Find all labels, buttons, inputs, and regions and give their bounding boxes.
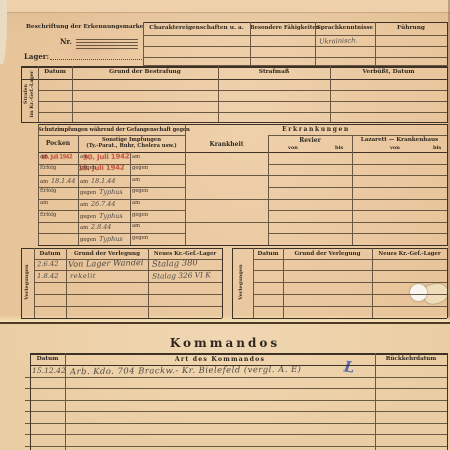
verlegungen-left-col-neues: Neues Kr.-Gef.-Lager [148,251,222,257]
rule-line [143,46,448,47]
impf-prefix: gegen [132,212,148,218]
impf-value: Typhus [99,188,122,196]
impf-prefix: gegen [80,165,96,171]
col-krankheit: Krankheit [185,141,268,148]
rule-line [185,222,268,223]
lazarett-bis-label: bis [433,145,441,151]
impf-prefix: am [80,202,88,208]
lager-line [50,52,142,60]
rule-line [76,45,138,46]
rule-line [250,22,251,65]
impf-prefix: am [80,179,88,185]
kommando-row1-datum: 15.12.42 [32,366,66,375]
impf-prefix: Erfolg [40,165,56,171]
impf-prefix: am [132,177,140,183]
rule-line [222,248,223,318]
impf-prefix: am [132,154,140,160]
impf-sonstige1-row4: gegenTyphus [80,188,129,196]
rule-line [268,164,447,165]
rule-line [38,210,185,211]
kommandos-col-rueckkehr: Rückkehrdatum [375,356,447,362]
impf-prefix: Erfolg [40,212,56,218]
rule-line [21,66,22,122]
verlegung-row2-neues: Stalag 326 VI K [152,270,211,281]
rule-line [218,66,219,122]
impfungen-header: Schutzimpfungen während der Gefangenscha… [38,127,185,133]
rule-line [38,124,448,125]
impf-prefix: am [132,223,140,229]
rule-line [34,259,222,260]
impf-sonstige2-row2: gegen [132,165,184,171]
impf-value: 18.1.44 [51,177,75,185]
rule-line [375,22,376,65]
impf-sonstige2-row3: am [132,177,184,183]
rule-line [76,42,138,43]
lazarett-von-label: von [390,145,400,151]
rule-line [232,248,447,249]
impf-value: Typhus [99,235,122,243]
impf-prefix: am [40,154,48,160]
rule-line [25,411,447,412]
impf-prefix: gegen [80,237,96,243]
col-besondere-faehigkeiten: Besondere Fähigkeiten [250,25,315,31]
rule-line [78,135,79,245]
rule-line [38,66,39,122]
impf-sonstige1-row1: am [80,154,129,160]
verlegung-row1-datum: 2.6.42 [37,260,59,269]
impf-sonstige1-row6: gegenTyphus [80,212,129,220]
rule-line [21,318,222,319]
col-charaktereigenschaften: Charaktereigenschaften u. a. [143,25,250,31]
impf-pocken-row1: am [40,154,77,160]
rule-line [447,124,448,245]
rule-line [76,39,138,40]
rule-line [130,152,131,245]
rule-line [38,245,448,246]
rule-line [185,199,268,200]
erkrankungen-header: Erkrankungen [185,126,447,133]
rule-line [253,248,254,318]
strafen-side-label-line2: im Kr.-Gef.-Lager [29,69,35,119]
rule-line [143,57,448,58]
rule-line [268,222,447,223]
rule-line [283,248,284,318]
rule-line [352,135,353,245]
rule-line [268,233,447,234]
rule-line [143,22,144,65]
kommandos-title: Kommandos [0,336,450,350]
rule-line [38,175,185,176]
top-card-edge [0,0,450,13]
rule-line [268,175,447,176]
rule-line [185,175,268,176]
rule-line [38,164,185,165]
rule-line [38,101,448,102]
impf-sonstige2-row7: am [132,223,184,229]
impf-prefix: am [80,154,88,160]
rule-line [76,48,138,49]
rule-line [25,446,447,447]
rule-line [268,210,447,211]
rule-line [447,66,448,122]
col-pocken: Pocken [38,140,78,147]
rule-line [72,66,73,122]
impf-pocken-row3: am18.1.44 [40,177,77,185]
impf-sonstige2-row1: am [132,154,184,160]
rule-line [447,22,448,65]
impf-prefix: am [132,200,140,206]
rule-line [66,248,67,318]
rule-line [268,199,447,200]
marke-label: Beschriftung der Erkennungsmarke [26,24,131,30]
pow-record-card: Beschriftung der Erkennungsmarke Nr. Lag… [0,0,450,450]
left-paper-edge [0,0,7,64]
impf-sonstige2-row5: am [132,200,184,206]
rule-line [34,306,222,307]
impf-sonstige1-row3: am18.1.44 [80,177,129,185]
rule-line [21,66,448,68]
impf-value: 18.1.44 [91,177,115,185]
rule-line [25,400,447,401]
verlegungen-right-col-neues: Neues Kr.-Gef.-Lager [372,251,447,257]
strafen-col-strafmass: Strafmaß [218,69,330,75]
rule-line [38,199,185,200]
sprachkenntnisse-value: Ukrainisch. [319,36,358,45]
impf-prefix: gegen [80,214,96,220]
impf-prefix: gegen [132,235,148,241]
impf-pocken-row6: Erfolg [40,212,77,218]
rule-line [30,353,31,450]
verlegungen-left-col-datum: Datum [34,251,66,257]
verlegungen-right-col-grund: Grund der Verlegung [283,251,372,257]
rule-line [38,124,39,245]
impf-sonstige2-row8: gegen [132,235,184,241]
impf-value: 2.8.44 [91,223,111,231]
rule-line [372,248,373,318]
rule-line [268,187,447,188]
impf-prefix: am [40,179,48,185]
col-fuehrung: Führung [375,25,447,31]
col-sonstige-impfungen: Sonstige Impfungen (Ty.-Parat., Ruhr, Ch… [78,137,185,150]
punch-hole [410,284,427,301]
rule-line [38,187,185,188]
revier-bis-label: bis [335,145,343,151]
rule-line [447,353,448,450]
rule-line [330,66,331,122]
revier-von-label: von [288,145,298,151]
rule-line [30,353,447,355]
impf-sonstige1-row5: am26.7.44 [80,200,129,208]
rule-line [268,135,269,245]
col-revier: Revier [268,137,352,144]
impf-sonstige1-row8: gegenTyphus [80,235,129,243]
col-sonstige-line2: (Ty.-Parat., Ruhr, Cholera usw.) [78,143,185,150]
col-sprachkenntnisse: Sprachkenntnisse [315,25,375,31]
rule-line [315,22,316,65]
impf-prefix: Erfolg [40,188,56,194]
rule-line [232,248,233,318]
rule-line [375,353,376,450]
rule-line [25,434,447,435]
rule-line [232,318,447,319]
rule-line [185,124,186,245]
rule-line [65,353,66,450]
strafen-col-datum: Datum [38,69,72,75]
impf-prefix: gegen [132,165,148,171]
impf-prefix: gegen [132,188,148,194]
rule-line [38,90,448,91]
rule-line [25,423,447,424]
nr-label: Nr. [60,37,72,46]
kommando-row1-blue-mark: L [343,357,356,376]
rule-line [21,79,448,80]
rule-line [21,248,22,318]
rule-line [143,22,448,23]
rule-line [447,248,448,318]
impf-pocken-row5: am [40,200,77,206]
rule-line [148,248,149,318]
rule-line [38,233,185,234]
col-lazarett: Lazarett — Krankenhaus [352,137,447,143]
impf-prefix: gegen [80,190,96,196]
impf-value: 26.7.44 [91,200,115,208]
impf-prefix: am [80,225,88,231]
rule-line [38,135,185,136]
rule-line [30,365,447,366]
verlegung-row2-grund: rekelit [70,272,96,280]
impf-sonstige1-row7: am2.8.44 [80,223,129,231]
impf-prefix: am [40,200,48,206]
rule-line [34,294,222,295]
verlegungen-left-side-label: Verlegungen [24,250,30,314]
strafen-col-grund: Grund der Bestrafung [72,69,218,75]
impf-sonstige2-row6: gegen [132,212,184,218]
rule-line [268,135,447,136]
rule-line [34,282,222,283]
impf-sonstige1-row2: gegen [80,165,129,171]
verlegungen-right-col-datum: Datum [253,251,283,257]
rule-line [25,377,447,378]
rule-line [34,270,222,271]
kommandos-col-datum: Datum [30,356,65,362]
rule-line [34,248,35,318]
rule-line [21,248,222,249]
rule-line [38,112,448,113]
rule-line [25,388,447,389]
impf-pocken-row2: Erfolg [40,165,77,171]
impf-sonstige2-row4: gegen [132,188,184,194]
verlegungen-right-side-label: Verlegungen [238,250,244,314]
strafen-side-label: Strafen im Kr.-Gef.-Lager [23,69,35,119]
rule-line [143,35,448,36]
verlegung-row2-datum: 1.8.42 [37,272,59,280]
impf-value: Typhus [99,212,122,220]
lager-label: Lager: [24,52,49,61]
verlegungen-left-col-grund: Grund der Verlegung [66,251,148,257]
strafen-col-verbuesst: Verbüßt, Datum [330,69,447,75]
rule-line [38,222,185,223]
rule-line [38,152,448,153]
impf-pocken-row4: Erfolg [40,188,77,194]
kommandos-col-art: Art des Kommandos [65,356,375,363]
